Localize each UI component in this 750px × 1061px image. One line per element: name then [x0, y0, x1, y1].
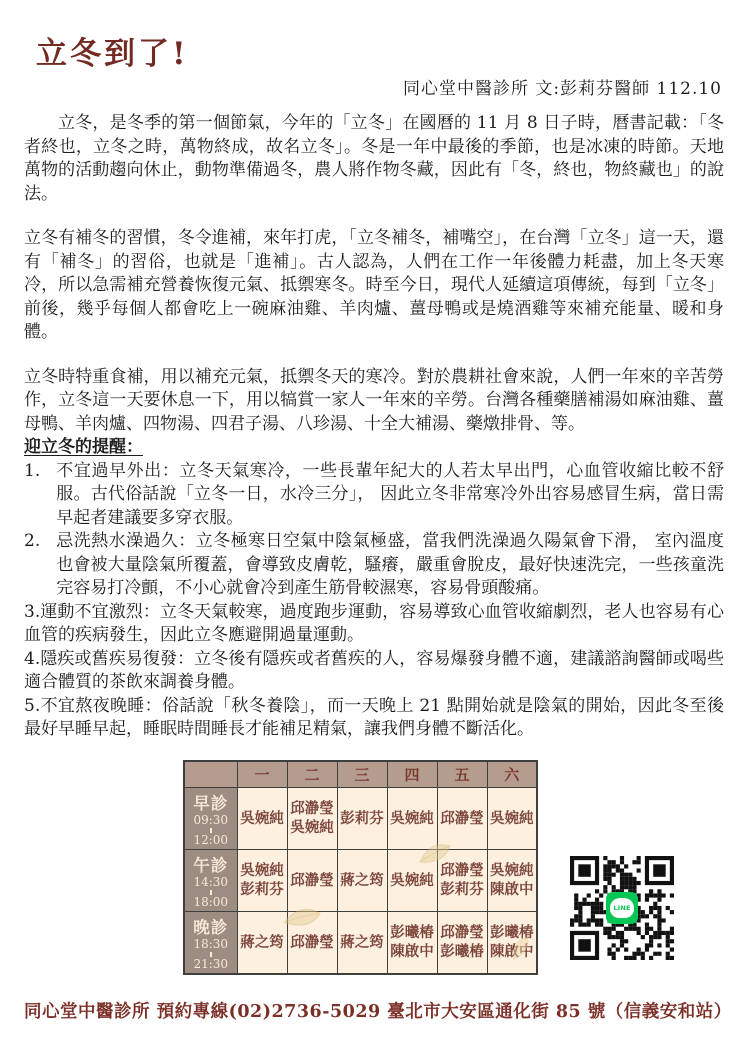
session-time-start: 14:30 — [185, 876, 237, 889]
line-logo-icon: LINE — [606, 892, 638, 924]
day-header-mon: 一 — [237, 761, 287, 787]
reminder-text: 忌洗熱水澡過久：立冬極寒日空氣中陰氣極盛，當我們洗澡過久陽氣會下滑， 室內溫度也… — [56, 530, 724, 601]
reminder-item: 4.隱疾或舊疾易復發：立冬後有隱疾或者舊疾的人，容易爆發身體不適，建議諮詢醫師或… — [24, 648, 724, 695]
schedule-cell: 蔣之筠 — [337, 911, 387, 974]
schedule-cell: 彭曦椿 陳啟中 — [387, 911, 437, 974]
reminder-text: 不宜過早外出：立冬天氣寒冷，一些長輩年紀大的人若太早出門，心血管收縮比較不舒服。… — [56, 460, 724, 531]
session-label-evening: 晚診 18:30 21:30 — [184, 911, 237, 974]
reminder-item: 3.運動不宜激烈：立冬天氣較寒，過度跑步運動，容易導致心血管收縮劇烈，老人也容易… — [24, 601, 724, 648]
day-header-fri: 五 — [437, 761, 487, 787]
time-separator — [210, 890, 212, 895]
session-time-end: 18:00 — [185, 896, 237, 909]
schedule-cell: 吳婉純 — [237, 787, 287, 849]
schedule-row-afternoon: 午診 14:30 18:00 吳婉純 彭莉芬 邱瀞瑩 蔣之筠 吳婉純 邱瀞瑩 彭… — [184, 849, 537, 911]
clinic-contact-footer: 同心堂中醫診所 預約專線(02)2736-5029 臺北市大安區通化街 85 號… — [24, 998, 732, 1023]
byline: 同心堂中醫診所 文:彭莉芬醫師 112.10 — [403, 74, 722, 99]
schedule-cell: 蔣之筠 — [237, 911, 287, 974]
schedule-cell: 邱瀞瑩 吳婉純 — [287, 787, 337, 849]
reminder-number: 2. — [24, 530, 56, 601]
schedule-cell: 彭曦椿 陳啟中 — [487, 911, 537, 974]
schedule-cell: 邱瀞瑩 彭曦椿 — [437, 911, 487, 974]
reminder-number: 4. — [24, 649, 40, 669]
session-name: 午診 — [185, 852, 237, 876]
line-qr-code: LINE — [570, 856, 674, 960]
reminder-text: 隱疾或舊疾易復發：立冬後有隱疾或者舊疾的人，容易爆發身體不適，建議諮詢醫師或喝些… — [24, 649, 724, 693]
session-name: 晚診 — [185, 914, 237, 938]
time-separator — [210, 828, 212, 833]
reminder-number: 3. — [24, 602, 40, 622]
reminder-item: 1. 不宜過早外出：立冬天氣寒冷，一些長輩年紀大的人若太早出門，心血管收縮比較不… — [24, 460, 724, 531]
session-label-afternoon: 午診 14:30 18:00 — [184, 849, 237, 911]
schedule-cell: 蔣之筠 — [337, 849, 387, 911]
session-time-end: 12:00 — [185, 834, 237, 847]
article-body: 立冬，是冬季的第一個節氣，今年的「立冬」在國曆的 11 月 8 日子時，曆書記載… — [24, 112, 724, 742]
reminders-heading: 迎立冬的提醒： — [24, 436, 724, 460]
schedule-cell: 彭莉芬 — [337, 787, 387, 849]
day-header-sat: 六 — [487, 761, 537, 787]
schedule-row-morning: 早診 09:30 12:00 吳婉純 邱瀞瑩 吳婉純 彭莉芬 吳婉純 邱瀞瑩 吳… — [184, 787, 537, 849]
session-time-end: 21:30 — [185, 958, 237, 971]
paragraph-intro: 立冬，是冬季的第一個節氣，今年的「立冬」在國曆的 11 月 8 日子時，曆書記載… — [24, 112, 724, 206]
schedule-corner-cell — [184, 761, 237, 787]
reminder-number: 5. — [24, 696, 40, 716]
schedule-cell: 邱瀞瑩 — [437, 787, 487, 849]
schedule-cell: 吳婉純 彭莉芬 — [237, 849, 287, 911]
schedule-cell: 吳婉純 陳啟中 — [487, 849, 537, 911]
schedule-header-row: 一 二 三 四 五 六 — [184, 761, 537, 787]
day-header-thu: 四 — [387, 761, 437, 787]
reminder-text: 不宜熬夜晚睡：俗話說「秋冬養陰」，而一天晚上 21 點開始就是陰氣的開始，因此冬… — [24, 696, 724, 740]
schedule-cell: 吳婉純 — [387, 849, 437, 911]
reminder-item: 5.不宜熬夜晚睡：俗話說「秋冬養陰」，而一天晚上 21 點開始就是陰氣的開始，因… — [24, 695, 724, 742]
schedule-cell: 吳婉純 — [387, 787, 437, 849]
schedule-row-evening: 晚診 18:30 21:30 蔣之筠 邱瀞瑩 蔣之筠 彭曦椿 陳啟中 邱瀞瑩 彭… — [184, 911, 537, 974]
reminder-text: 運動不宜激烈：立冬天氣較寒，過度跑步運動，容易導致心血管收縮劇烈，老人也容易有心… — [24, 602, 724, 646]
paragraph-food: 立冬時特重食補，用以補充元氣，抵禦冬天的寒冷。對於農耕社會來說，人們一年來的辛苦… — [24, 366, 724, 437]
schedule-cell: 邱瀞瑩 — [287, 849, 337, 911]
session-name: 早診 — [185, 790, 237, 814]
session-time-start: 18:30 — [185, 938, 237, 951]
page-title: 立冬到了! — [36, 28, 189, 73]
session-label-morning: 早診 09:30 12:00 — [184, 787, 237, 849]
paragraph-customs: 立冬有補冬的習慣，冬令進補，來年打虎，「立冬補冬，補嘴空」，在台灣「立冬」這一天… — [24, 227, 724, 345]
day-header-wed: 三 — [337, 761, 387, 787]
schedule-cell: 吳婉純 — [487, 787, 537, 849]
schedule-cell: 邱瀞瑩 彭莉芬 — [437, 849, 487, 911]
schedule-cell: 邱瀞瑩 — [287, 911, 337, 974]
clinic-schedule-table: 一 二 三 四 五 六 早診 09:30 12:00 吳婉純 邱瀞瑩 吳婉純 彭… — [183, 760, 538, 975]
line-logo-bubble: LINE — [610, 898, 634, 918]
session-time-start: 09:30 — [185, 814, 237, 827]
day-header-tue: 二 — [287, 761, 337, 787]
newsletter-page: 立冬到了! 同心堂中醫診所 文:彭莉芬醫師 112.10 立冬，是冬季的第一個節… — [0, 0, 750, 1061]
reminder-item: 2. 忌洗熱水澡過久：立冬極寒日空氣中陰氣極盛，當我們洗澡過久陽氣會下滑， 室內… — [24, 530, 724, 601]
reminder-number: 1. — [24, 460, 56, 531]
time-separator — [210, 952, 212, 957]
